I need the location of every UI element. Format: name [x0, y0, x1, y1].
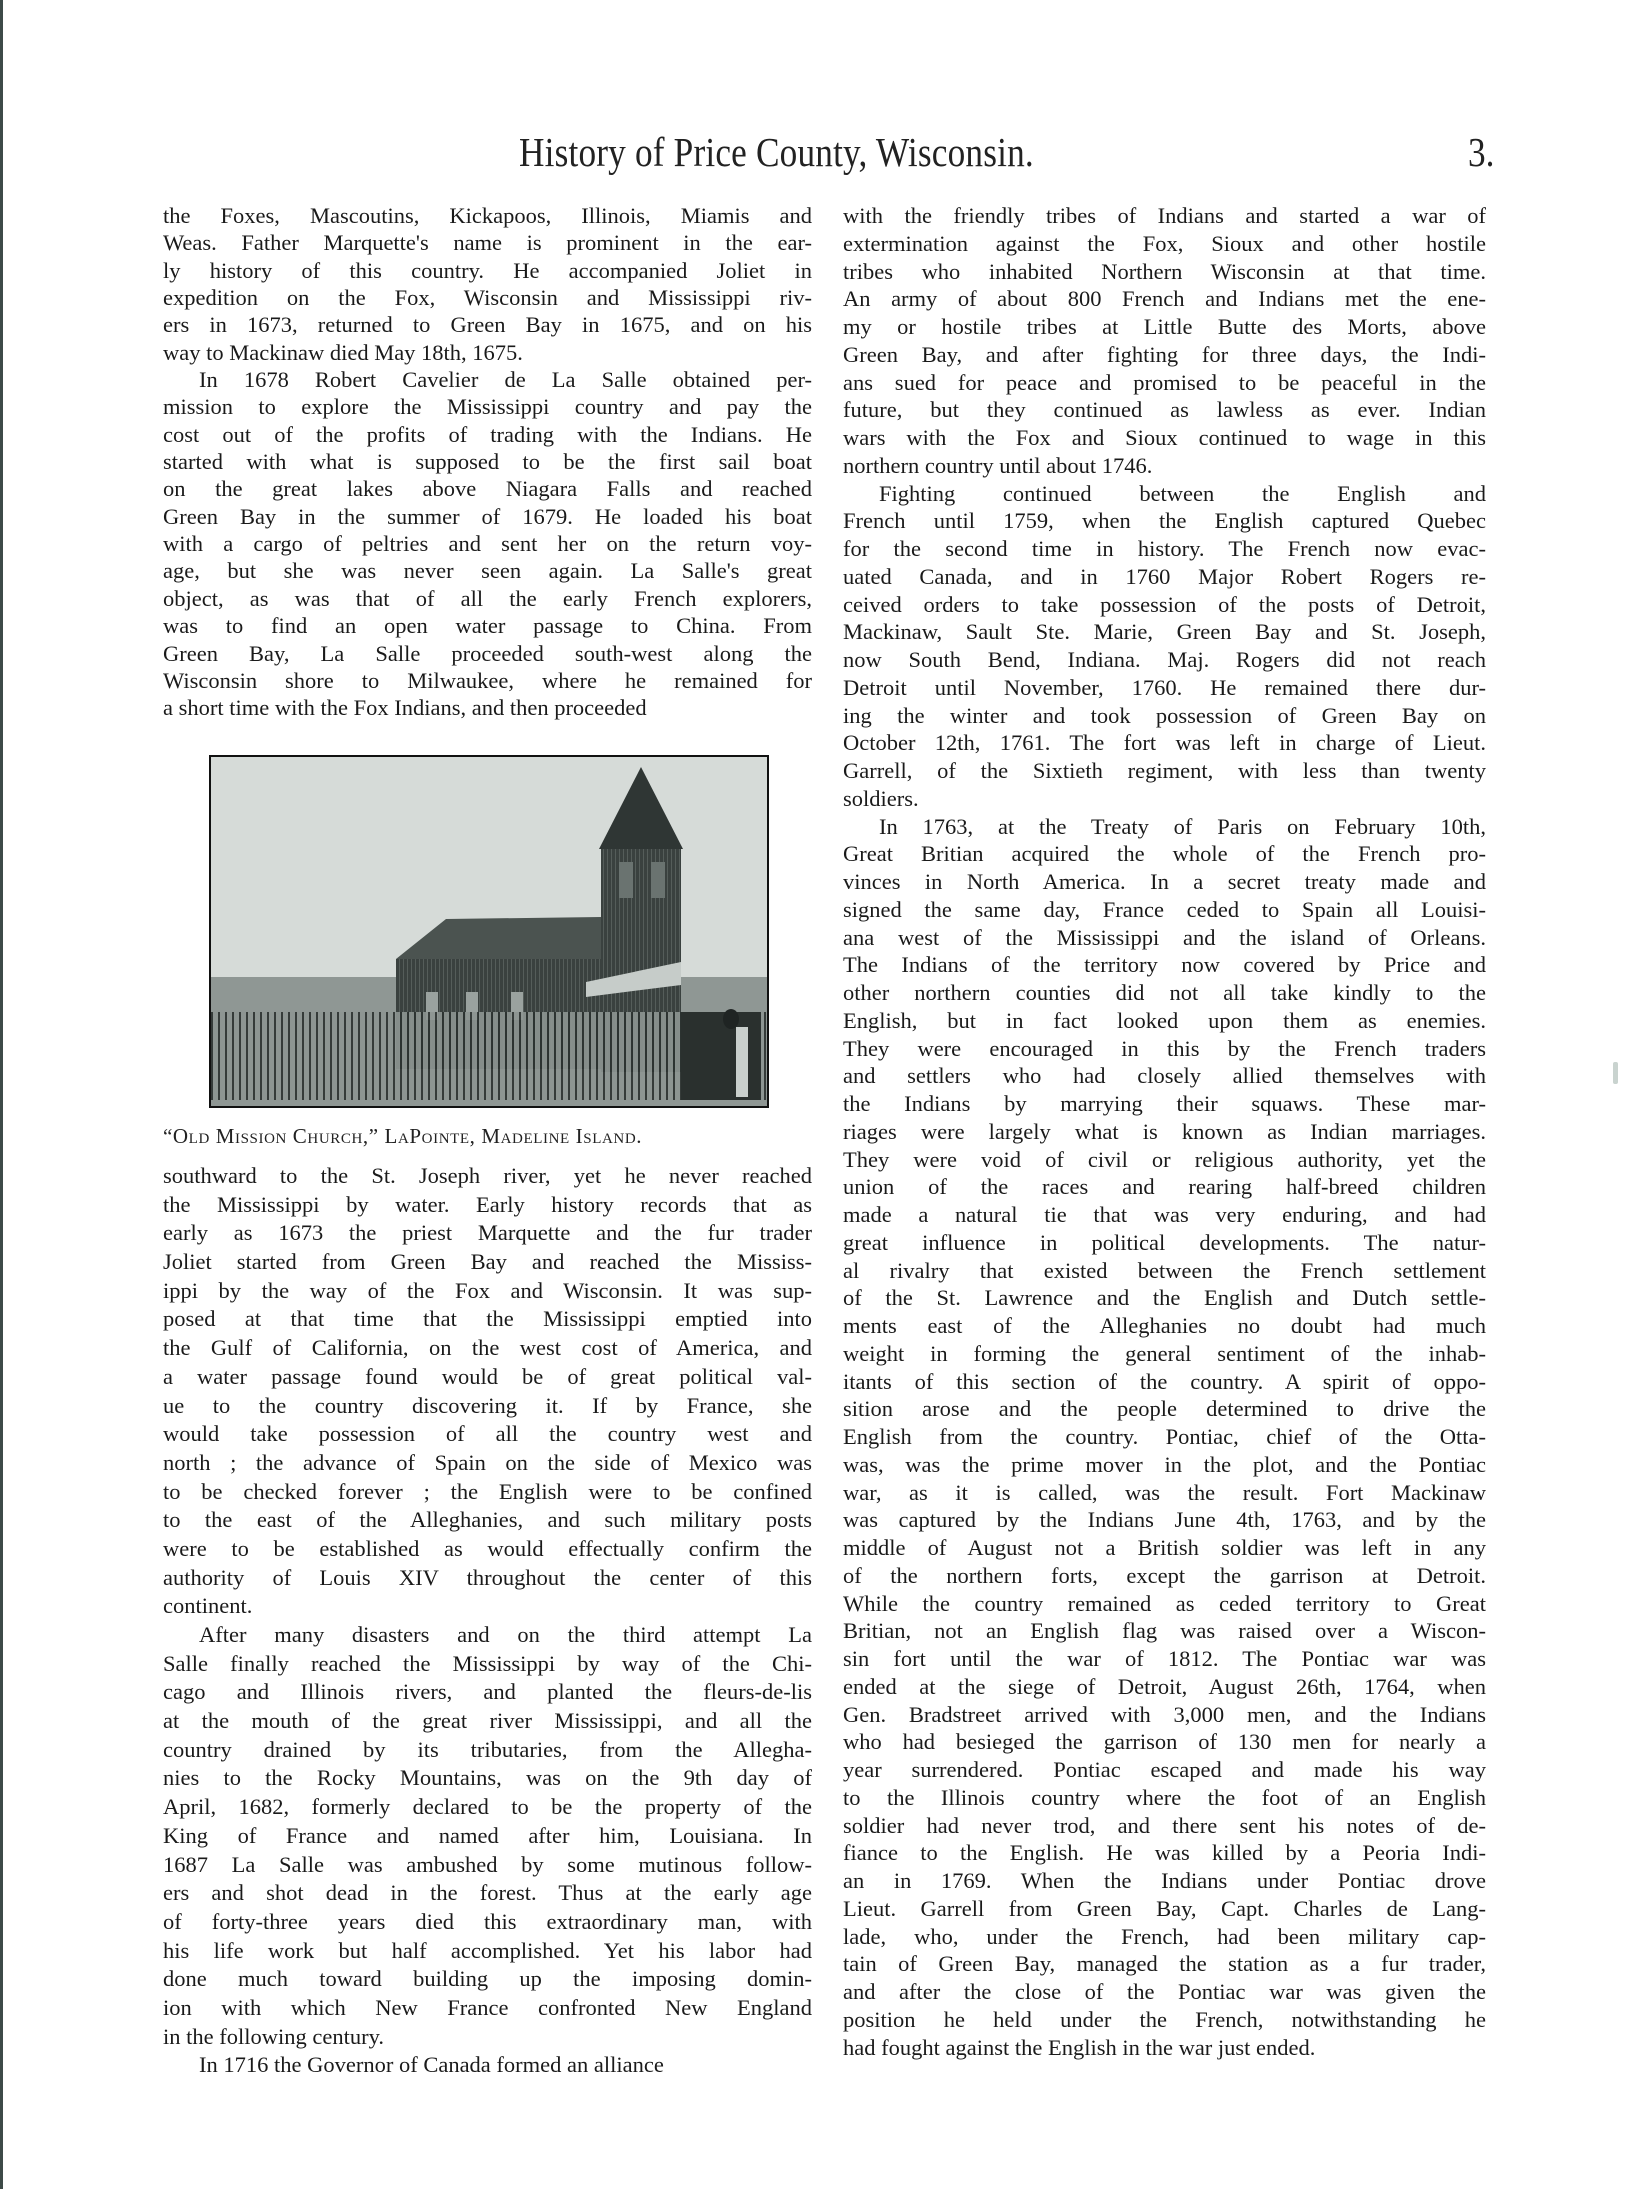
text-line: Joliet started from Green Bay and reache… — [163, 1248, 812, 1277]
text-line: vinces in North America. In a secret tre… — [843, 868, 1486, 896]
text-line: way to Mackinaw died May 18th, 1675. — [163, 339, 812, 366]
text-line: In 1716 the Governor of Canada formed an… — [163, 2051, 812, 2080]
text-line: on the great lakes above Niagara Falls a… — [163, 475, 812, 502]
text-line: ing the winter and took possession of Gr… — [843, 702, 1486, 730]
text-line: Britian, not an English flag was raised … — [843, 1617, 1486, 1645]
text-line: While the country remained as ceded terr… — [843, 1590, 1486, 1618]
text-line: English from the country. Pontiac, chief… — [843, 1423, 1486, 1451]
text-line: made a natural tie that was very endurin… — [843, 1201, 1486, 1229]
text-line: mission to explore the Mississippi count… — [163, 393, 812, 420]
text-line: a short time with the Fox Indians, and t… — [163, 694, 812, 721]
text-line: Weas. Father Marquette's name is promine… — [163, 229, 812, 256]
text-line: tain of Green Bay, managed the station a… — [843, 1950, 1486, 1978]
text-line: They were encouraged in this by the Fren… — [843, 1035, 1486, 1063]
scan-edge — [0, 0, 3, 2189]
text-line: ippi by the way of the Fox and Wisconsin… — [163, 1277, 812, 1306]
text-line: was captured by the Indians June 4th, 17… — [843, 1506, 1486, 1534]
text-line: nies to the Rocky Mountains, was on the … — [163, 1764, 812, 1793]
text-line: The Indians of the territory now covered… — [843, 951, 1486, 979]
text-line: for the second time in history. The Fren… — [843, 535, 1486, 563]
text-line: posed at that time that the Mississippi … — [163, 1305, 812, 1334]
text-line: al rivalry that existed between the Fren… — [843, 1257, 1486, 1285]
text-line: October 12th, 1761. The fort was left in… — [843, 729, 1486, 757]
text-line: ers and shot dead in the forest. Thus at… — [163, 1879, 812, 1908]
text-line: extermination against the Fox, Sioux and… — [843, 230, 1486, 258]
text-line: was to find an open water passage to Chi… — [163, 612, 812, 639]
text-line: southward to the St. Joseph river, yet h… — [163, 1162, 812, 1191]
text-line: of forty-three years died this extraordi… — [163, 1908, 812, 1937]
text-line: lade, who, under the French, had been mi… — [843, 1923, 1486, 1951]
text-line: his life work but half accomplished. Yet… — [163, 1937, 812, 1966]
text-line: the Foxes, Mascoutins, Kickapoos, Illino… — [163, 202, 812, 229]
text-line: my or hostile tribes at Little Butte des… — [843, 313, 1486, 341]
text-line: age, but she was never seen again. La Sa… — [163, 557, 812, 584]
left-column-top: the Foxes, Mascoutins, Kickapoos, Illino… — [163, 202, 812, 722]
text-line: ceived orders to take possession of the … — [843, 591, 1486, 619]
text-line: itants of this section of the country. A… — [843, 1368, 1486, 1396]
text-line: Lieut. Garrell from Green Bay, Capt. Cha… — [843, 1895, 1486, 1923]
text-line: with the friendly tribes of Indians and … — [843, 202, 1486, 230]
text-line: done much toward building up the imposin… — [163, 1965, 812, 1994]
text-line: Wisconsin shore to Milwaukee, where he r… — [163, 667, 812, 694]
running-header-title: History of Price County, Wisconsin. — [519, 128, 1034, 176]
text-line: the Mississippi by water. Early history … — [163, 1191, 812, 1220]
text-line: English, but in fact looked upon them as… — [843, 1007, 1486, 1035]
text-line: started with what is supposed to be the … — [163, 448, 812, 475]
text-line: ly history of this country. He accompani… — [163, 257, 812, 284]
text-line: April, 1682, formerly declared to be the… — [163, 1793, 812, 1822]
text-line: and after the close of the Pontiac war w… — [843, 1978, 1486, 2006]
text-line: French until 1759, when the English capt… — [843, 507, 1486, 535]
text-line: early as 1673 the priest Marquette and t… — [163, 1219, 812, 1248]
text-line: In 1763, at the Treaty of Paris on Febru… — [843, 813, 1486, 841]
text-line: Mackinaw, Sault Ste. Marie, Green Bay an… — [843, 618, 1486, 646]
text-line: future, but they continued as lawless as… — [843, 396, 1486, 424]
text-line: now South Bend, Indiana. Maj. Rogers did… — [843, 646, 1486, 674]
text-line: was, was the prime mover in the plot, an… — [843, 1451, 1486, 1479]
text-line: ana west of the Mississippi and the isla… — [843, 924, 1486, 952]
text-line: wars with the Fox and Sioux continued to… — [843, 424, 1486, 452]
text-line: cago and Illinois rivers, and planted th… — [163, 1678, 812, 1707]
text-line: They were void of civil or religious aut… — [843, 1146, 1486, 1174]
text-line: Great Britian acquired the whole of the … — [843, 840, 1486, 868]
text-line: had fought against the English in the wa… — [843, 2034, 1486, 2062]
church-illustration-icon — [211, 757, 767, 1106]
text-line: sin fort until the war of 1812. The Pont… — [843, 1645, 1486, 1673]
text-line: Fighting continued between the English a… — [843, 480, 1486, 508]
text-line: year surrendered. Pontiac escaped and ma… — [843, 1756, 1486, 1784]
text-line: were to be established as would effectua… — [163, 1535, 812, 1564]
text-line: union of the races and rearing half-bree… — [843, 1173, 1486, 1201]
text-line: Gen. Bradstreet arrived with 3,000 men, … — [843, 1701, 1486, 1729]
text-line: other northern counties did not all take… — [843, 979, 1486, 1007]
text-line: war, as it is called, was the result. Fo… — [843, 1479, 1486, 1507]
text-line: to be checked forever ; the English were… — [163, 1478, 812, 1507]
text-line: and settlers who had closely allied them… — [843, 1062, 1486, 1090]
text-line: soldiers. — [843, 785, 1486, 813]
text-line: weight in forming the general sentiment … — [843, 1340, 1486, 1368]
text-line: the Gulf of California, on the west cost… — [163, 1334, 812, 1363]
text-line: Green Bay, La Salle proceeded south-west… — [163, 640, 812, 667]
text-line: ans sued for peace and promised to be pe… — [843, 369, 1486, 397]
text-line: the Indians by marrying their squaws. Th… — [843, 1090, 1486, 1118]
text-line: 1687 La Salle was ambushed by some mutin… — [163, 1851, 812, 1880]
text-line: position he held under the French, notwi… — [843, 2006, 1486, 2034]
text-line: to the Illinois country where the foot o… — [843, 1784, 1486, 1812]
text-line: sition arose and the people determined t… — [843, 1395, 1486, 1423]
text-line: to the east of the Alleghanies, and such… — [163, 1506, 812, 1535]
text-line: who had besieged the garrison of 130 men… — [843, 1728, 1486, 1756]
text-line: great influence in political development… — [843, 1229, 1486, 1257]
page-number: 3. — [1468, 128, 1494, 176]
text-line: cost out of the profits of trading with … — [163, 421, 812, 448]
text-line: with a cargo of peltries and sent her on… — [163, 530, 812, 557]
text-line: object, as was that of all the early Fre… — [163, 585, 812, 612]
text-line: country drained by its tributaries, from… — [163, 1736, 812, 1765]
text-line: of the St. Lawrence and the English and … — [843, 1284, 1486, 1312]
text-line: continent. — [163, 1592, 812, 1621]
text-line: at the mouth of the great river Mississi… — [163, 1707, 812, 1736]
text-line: soldier had never trod, and there sent h… — [843, 1812, 1486, 1840]
text-line: ended at the siege of Detroit, August 26… — [843, 1673, 1486, 1701]
text-line: would take possession of all the country… — [163, 1420, 812, 1449]
text-line: ers in 1673, returned to Green Bay in 16… — [163, 311, 812, 338]
text-line: ion with which New France confronted New… — [163, 1994, 812, 2023]
text-line: ments east of the Alleghanies no doubt h… — [843, 1312, 1486, 1340]
text-line: Detroit until November, 1760. He remaine… — [843, 674, 1486, 702]
text-line: a water passage found would be of great … — [163, 1363, 812, 1392]
text-line: tribes who inhabited Northern Wisconsin … — [843, 258, 1486, 286]
old-mission-church-photo — [209, 755, 769, 1108]
text-line: riages were largely what is known as Ind… — [843, 1118, 1486, 1146]
figure-caption: “Old Mission Church,” LaPointe, Madeline… — [163, 1124, 812, 1149]
text-line: Garrell, of the Sixtieth regiment, with … — [843, 757, 1486, 785]
right-column: with the friendly tribes of Indians and … — [843, 202, 1486, 2061]
text-line: ue to the country discovering it. If by … — [163, 1392, 812, 1421]
text-line: northern country until about 1746. — [843, 452, 1486, 480]
text-line: authority of Louis XIV throughout the ce… — [163, 1564, 812, 1593]
text-line: Salle finally reached the Mississippi by… — [163, 1650, 812, 1679]
text-line: uated Canada, and in 1760 Major Robert R… — [843, 563, 1486, 591]
text-line: fiance to the English. He was killed by … — [843, 1839, 1486, 1867]
text-line: After many disasters and on the third at… — [163, 1621, 812, 1650]
text-line: in the following century. — [163, 2023, 812, 2052]
text-line: middle of August not a British soldier w… — [843, 1534, 1486, 1562]
text-line: An army of about 800 French and Indians … — [843, 285, 1486, 313]
text-line: King of France and named after him, Loui… — [163, 1822, 812, 1851]
text-line: north ; the advance of Spain on the side… — [163, 1449, 812, 1478]
text-line: signed the same day, France ceded to Spa… — [843, 896, 1486, 924]
text-line: In 1678 Robert Cavelier de La Salle obta… — [163, 366, 812, 393]
scan-speck — [1613, 1062, 1618, 1084]
text-line: of the northern forts, except the garris… — [843, 1562, 1486, 1590]
text-line: expedition on the Fox, Wisconsin and Mis… — [163, 284, 812, 311]
text-line: Green Bay, and after fighting for three … — [843, 341, 1486, 369]
text-line: an in 1769. When the Indians under Ponti… — [843, 1867, 1486, 1895]
text-line: Green Bay in the summer of 1679. He load… — [163, 503, 812, 530]
left-column-bottom: southward to the St. Joseph river, yet h… — [163, 1162, 812, 2080]
